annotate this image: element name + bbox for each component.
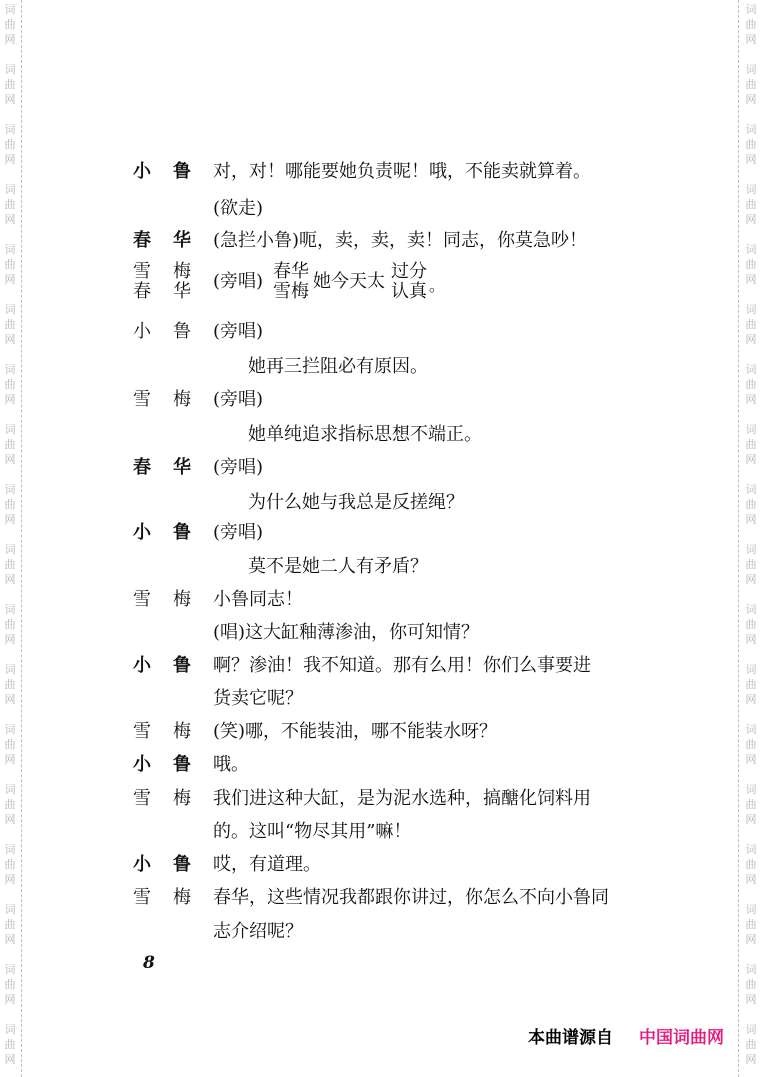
- speech-text: (旁唱): [213, 320, 263, 344]
- speech-text: (唱)这大缸釉薄渗油，你可知情？: [213, 621, 479, 645]
- speech-text: 志介绍呢？: [213, 920, 303, 944]
- speech-text: 哎，有道理。: [213, 853, 321, 877]
- speech-text: (急拦小鲁)呃，卖，卖，卖！同志，你莫急吵！: [213, 229, 587, 253]
- duet-names-stack: 春华 雪梅: [273, 262, 309, 302]
- script-page: 小 鲁 对，对！哪能要她负责呢！哦，不能卖就算着。 (欲走) 春 华 (急拦小鲁…: [0, 0, 760, 1077]
- speech-text: 对，对！哪能要她负责呢！哦，不能卖就算着。: [213, 160, 591, 184]
- duet-aside: (旁唱): [213, 272, 263, 292]
- lyric-text: 为什么她与我总是反搓绳？: [248, 491, 464, 515]
- speech-text: (旁唱): [213, 456, 263, 480]
- speech-text: 我们进这种大缸，是为泥水选种，搞醣化饲料用: [213, 787, 591, 811]
- source-credit: 本曲谱源自中国词曲网: [528, 1026, 724, 1050]
- speech-text: (旁唱): [213, 521, 263, 545]
- source-site-link[interactable]: 中国词曲网: [639, 1028, 724, 1048]
- page-number: 8: [143, 953, 155, 973]
- duet-adjective-stack: 过分 认真: [391, 262, 427, 302]
- speech-text: 啊？渗油！我不知道。那有么用！你们么事要进: [213, 654, 591, 678]
- duet-middle-text: 她今天太: [313, 272, 385, 292]
- duet-end-punct: 。: [429, 276, 445, 296]
- stage-direction: (欲走): [213, 197, 263, 221]
- lyric-text: 她再三拦阻必有原因。: [248, 355, 428, 379]
- duet-speaker-2: 春 华: [133, 282, 203, 302]
- lyric-text: 她单纯追求指标思想不端正。: [248, 423, 482, 447]
- speech-text: 春华，这些情况我都跟你讲过，你怎么不向小鲁同: [213, 886, 609, 910]
- lyric-text: 莫不是她二人有矛盾？: [248, 555, 428, 579]
- source-label: 本曲谱源自: [528, 1028, 613, 1048]
- speech-text: 小鲁同志！: [213, 588, 303, 612]
- speech-text: 的。这叫“物尽其用”嘛！: [213, 820, 411, 844]
- speech-text: (笑)哪，不能装油，哪不能装水呀？: [213, 720, 497, 744]
- speech-text: 货卖它呢？: [213, 687, 303, 711]
- speech-text: 哦。: [213, 753, 249, 777]
- duet-speakers: 雪 梅 春 华: [133, 262, 203, 302]
- speech-text: (旁唱): [213, 388, 263, 412]
- duet-speaker-1: 雪 梅: [133, 262, 203, 282]
